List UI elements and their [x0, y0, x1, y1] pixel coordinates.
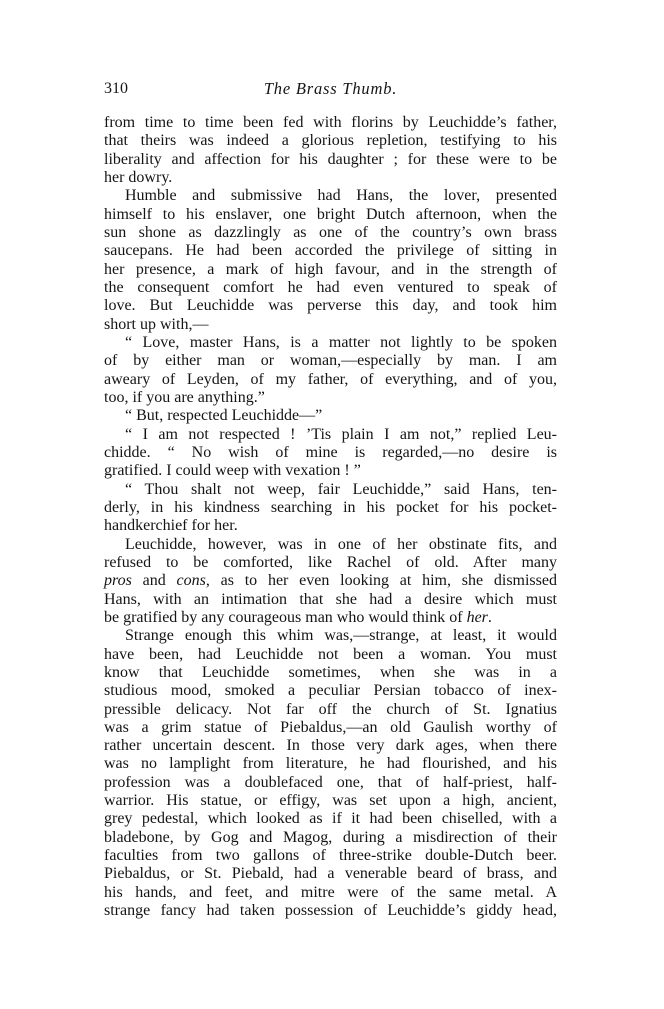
text-segment: , as to her even looking at him, she dis… [206, 572, 557, 589]
italic-word: cons [177, 572, 206, 589]
text-line: that theirs was indeed a glorious replet… [104, 132, 557, 150]
text-segment: and [132, 572, 177, 589]
text-line: sun shone as dazzlingly as one of the co… [104, 224, 557, 242]
italic-word: her [467, 609, 488, 626]
text-line: know that Leuchidde sometimes, when she … [104, 664, 557, 682]
text-line: profession was a doublefaced one, that o… [104, 774, 557, 792]
text-line: refused to be comforted, like Rachel of … [104, 554, 557, 572]
text-line: bladebone, by Gog and Magog, during a mi… [104, 829, 557, 847]
text-line: the consequent comfort he had even ventu… [104, 279, 557, 297]
text-line: of by either man or woman,—especially by… [104, 352, 557, 370]
text-line: Leuchidde, however, was in one of her ob… [104, 536, 557, 554]
text-line: “ But, respected Leuchidde—” [104, 407, 557, 425]
text-line: her dowry. [104, 169, 557, 187]
running-title: The Brass Thumb. [104, 80, 557, 98]
text-line: her presence, a mark of high favour, and… [104, 261, 557, 279]
text-line: Humble and submissive had Hans, the love… [104, 187, 557, 205]
book-page: 310 The Brass Thumb. from time to time b… [0, 0, 664, 1009]
text-line: “ Thou shalt not weep, fair Leuchidde,” … [104, 481, 557, 499]
text-line: pressible delicacy. Not far off the chur… [104, 701, 557, 719]
text-line: saucepans. He had been accorded the priv… [104, 242, 557, 260]
text-line: liberality and affection for his daughte… [104, 151, 557, 169]
text-line: “ Love, master Hans, is a matter not lig… [104, 334, 557, 352]
text-line: short up with,— [104, 316, 557, 334]
text-line: derly, in his kindness searching in his … [104, 499, 557, 517]
text-line: gratified. I could weep with vexation ! … [104, 462, 557, 480]
text-line: faculties from two gallons of three-stri… [104, 847, 557, 865]
page-header: 310 The Brass Thumb. [104, 80, 557, 99]
text-line: grey pedestal, which looked as if it had… [104, 810, 557, 828]
text-line: warrior. His statue, or effigy, was set … [104, 792, 557, 810]
text-line: Strange enough this whim was,—strange, a… [104, 627, 557, 645]
text-line: handkerchief for her. [104, 517, 557, 535]
text-line: too, if you are anything.” [104, 389, 557, 407]
text-line: love. But Leuchidde was perverse this da… [104, 297, 557, 315]
text-segment: . [488, 609, 492, 626]
text-line: strange fancy had taken possession of Le… [104, 902, 557, 920]
text-segment: be gratified by any courageous man who w… [104, 609, 467, 626]
text-line: have been, had Leuchidde not been a woma… [104, 646, 557, 664]
text-line: aweary of Leyden, of my father, of every… [104, 371, 557, 389]
italic-word: pros [104, 572, 132, 589]
text-line: be gratified by any courageous man who w… [104, 609, 557, 627]
text-line: was a grim statue of Piebaldus,—an old G… [104, 719, 557, 737]
text-line: “ I am not respected ! ’Tis plain I am n… [104, 426, 557, 444]
text-line: his hands, and feet, and mitre were of t… [104, 884, 557, 902]
text-line: himself to his enslaver, one bright Dutc… [104, 206, 557, 224]
text-line: pros and cons, as to her even looking at… [104, 572, 557, 590]
text-line: Piebaldus, or St. Piebald, had a venerab… [104, 865, 557, 883]
text-line: from time to time been fed with florins … [104, 114, 557, 132]
text-line: rather uncertain descent. In those very … [104, 737, 557, 755]
text-line: was no lamplight from literature, he had… [104, 755, 557, 773]
text-line: Hans, with an intimation that she had a … [104, 591, 557, 609]
body-text: from time to time been fed with florins … [104, 114, 557, 920]
text-line: chidde. “ No wish of mine is regarded,—n… [104, 444, 557, 462]
text-line: studious mood, smoked a peculiar Persian… [104, 682, 557, 700]
